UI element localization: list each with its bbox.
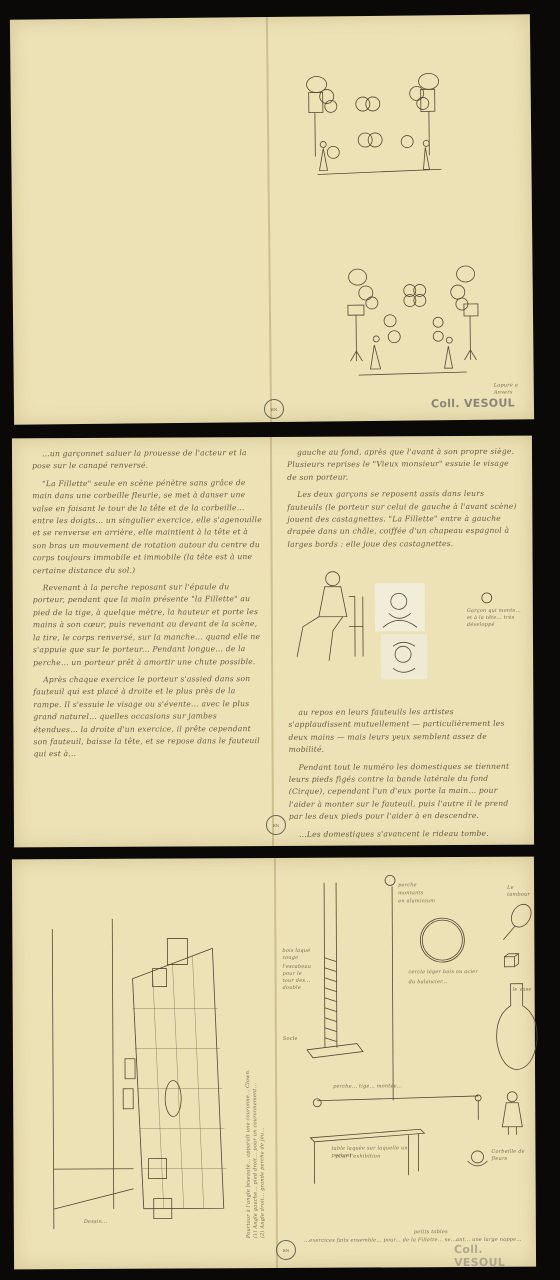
ornamental-vase-drawing: [493, 982, 543, 1072]
ladder-label: l'escabeau pour le tour des... double: [282, 964, 312, 992]
table-label: pour l'exhibition: [335, 1153, 415, 1160]
fold-line: [266, 17, 272, 422]
pole-label: en aluminium: [398, 898, 435, 905]
paragraph: gauche au fond, après que l'avant à son …: [287, 446, 517, 484]
rotated-caption: Pourtour à l'angle biseauté... apparaît …: [244, 868, 267, 1238]
footer-label: petits tables: [414, 1229, 448, 1236]
club-label: Le tambour: [507, 885, 534, 899]
hoop-label: cercle léger bois ou acier: [409, 969, 479, 976]
right-page-text-bottom: au repos en leurs fauteuils les artistes…: [288, 706, 519, 846]
paragraph: ...un garçonnet saluer la prouesse de l'…: [32, 447, 262, 473]
library-round-stamp: BN: [264, 399, 284, 419]
paragraph: "La Fillette" seule en scène pénètre san…: [32, 477, 263, 577]
cube-drawing: [502, 953, 518, 969]
pole-label: perche: [398, 882, 417, 889]
library-round-stamp: BN: [276, 1240, 296, 1260]
library-round-stamp: BN: [266, 815, 286, 835]
library-collection-stamp: Coll. VESOUL: [431, 396, 515, 410]
left-page-margin-note: Dessin...: [84, 1219, 114, 1226]
margin-note: Garçon qui monte... et à la tête... très…: [467, 608, 523, 629]
acrobats-juggling-drawing-top: [300, 55, 441, 176]
ladder-label: bois laqué rouge: [282, 948, 312, 962]
right-page-text-top: gauche au fond, après que l'avant à son …: [287, 446, 518, 556]
sheet-1: Lapuré a Anvers BN Coll. VESOUL: [10, 14, 534, 424]
paragraph: Revenant à la perche reposant sur l'épau…: [33, 581, 263, 669]
acrobats-juggling-drawing-bottom: [337, 260, 488, 387]
girl-figure-drawing: [498, 1089, 528, 1139]
hoop-label: du balancier...: [409, 979, 479, 986]
paragraph: au repos en leurs fauteuils les artistes…: [288, 706, 518, 757]
paragraph: Les deux garçons se reposent assis dans …: [287, 488, 517, 551]
vase-label: le vase: [513, 987, 532, 994]
fold-line: [274, 858, 278, 1268]
ladder-base-label: Socle: [283, 1036, 298, 1043]
paragraph: Après chaque exercice le porteur s'assie…: [33, 673, 263, 761]
basket-label: Corbeille de fleurs: [491, 1149, 536, 1163]
small-head-sketch: [480, 591, 494, 605]
pasted-portrait-girl: [381, 634, 427, 679]
left-page-text: ...un garçonnet saluer la prouesse de l'…: [32, 447, 264, 766]
drawing-caption: Lapuré a Anvers: [494, 382, 534, 396]
library-collection-stamp: Coll. VESOUL: [454, 1243, 536, 1269]
balance-bar-label: perche... tige... montée...: [333, 1083, 402, 1090]
pole-label: montants: [398, 890, 423, 897]
paragraph: ...Les domestiques s'avancent le rideau …: [289, 827, 519, 841]
fold-line: [270, 437, 274, 846]
hoop-drawing: [417, 915, 467, 965]
paragraph: Pendant tout le numéro les domestiques s…: [289, 760, 519, 823]
sheet-2: ...un garçonnet saluer la prouesse de l'…: [12, 436, 534, 848]
stage-interior-drawing: [32, 908, 234, 1239]
seated-man-in-chair-drawing: [293, 566, 374, 666]
club-drawing: [497, 902, 537, 942]
tall-pole-drawing: [382, 872, 403, 1102]
pasted-portrait-young-man: [375, 583, 425, 631]
basket-of-flowers-drawing: [465, 1149, 489, 1169]
sheet-3: Dessin... Pourtour à l'angle biseauté...…: [12, 857, 536, 1270]
caption-line: (2) Angle droit... grande perche de jeu.…: [258, 868, 267, 1238]
